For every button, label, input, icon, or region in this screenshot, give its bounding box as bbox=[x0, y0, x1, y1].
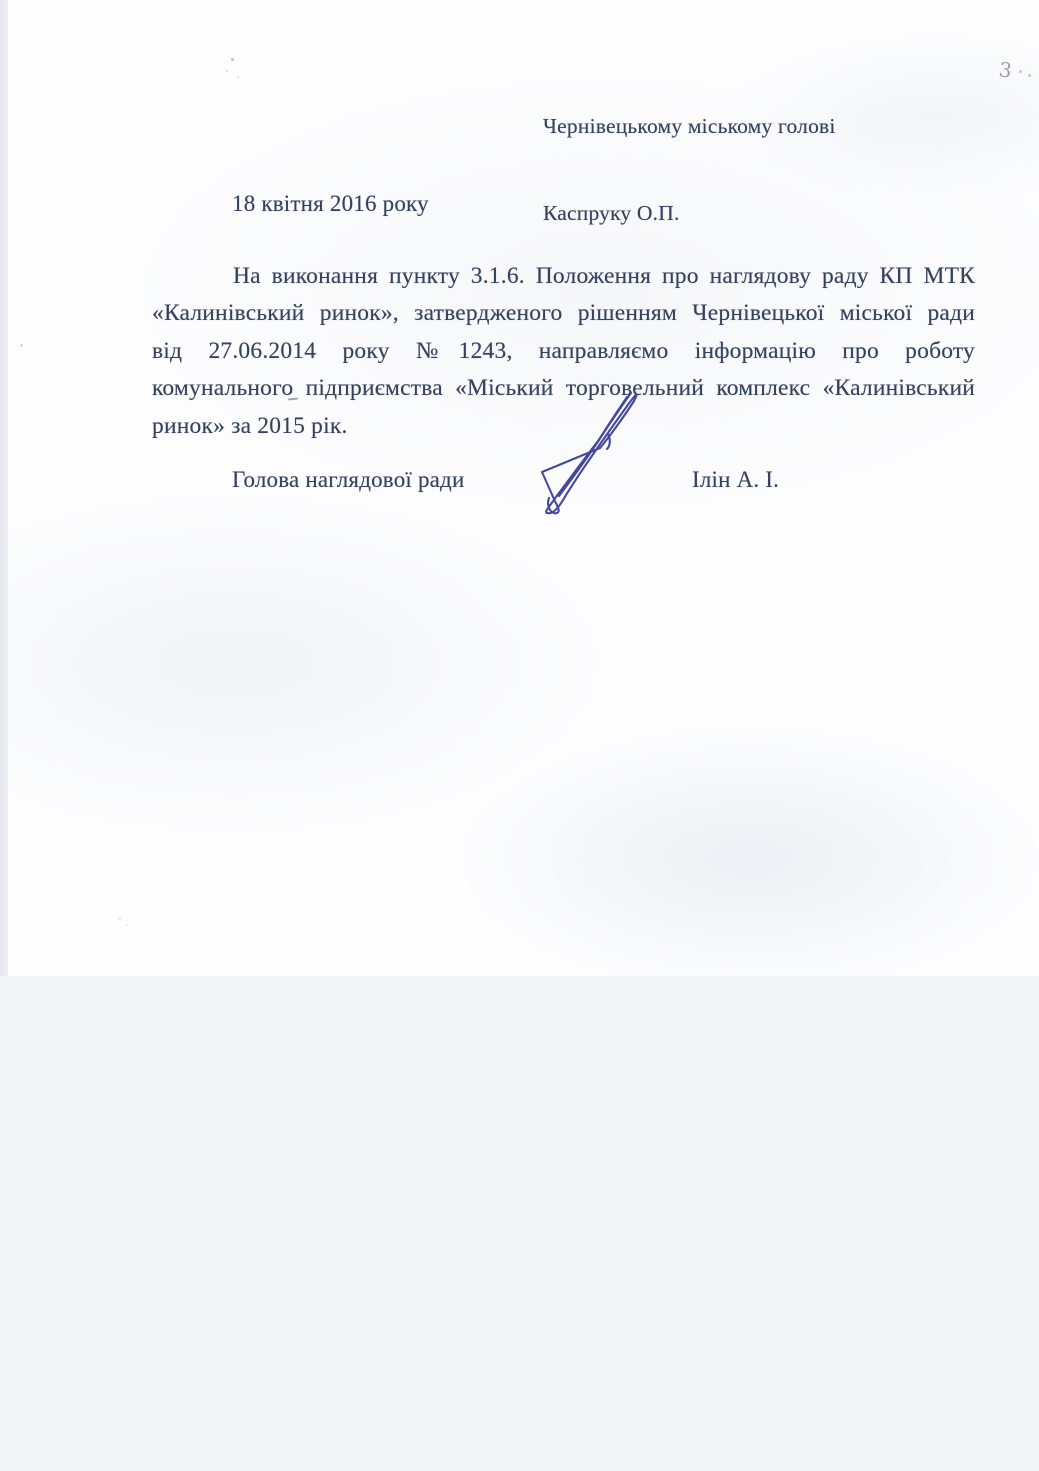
signoff-title: Голова наглядової ради bbox=[232, 467, 464, 493]
recipient-block: Чернівецькому міському голові Каспруку О… bbox=[543, 54, 836, 286]
scan-speck bbox=[226, 70, 228, 72]
scanner-background bbox=[0, 976, 1039, 1471]
date-line: 18 квітня 2016 року bbox=[232, 191, 429, 217]
scan-speck bbox=[20, 344, 23, 347]
body-line: «Калинівський ринок», затвердженого ріше… bbox=[152, 298, 975, 335]
signature-ink bbox=[530, 383, 650, 523]
signoff-name: Ілін А. І. bbox=[692, 467, 779, 493]
scan-speck bbox=[126, 924, 128, 926]
scanned-letter-page: Чернівецькому міському голові Каспруку О… bbox=[0, 0, 1039, 1471]
scan-dots bbox=[1019, 70, 1033, 78]
recipient-line-2: Каспруку О.П. bbox=[543, 199, 836, 228]
paper-sheet bbox=[8, 0, 1039, 976]
body-line: На виконання пункту 3.1.6. Положення про… bbox=[152, 261, 975, 298]
scan-speck bbox=[231, 58, 234, 61]
scan-speck bbox=[118, 917, 121, 920]
paper-left-edge bbox=[0, 0, 8, 976]
recipient-line-1: Чернівецькому міському голові bbox=[543, 112, 836, 141]
body-line: від 27.06.2014 року №1243, направляємо і… bbox=[152, 336, 975, 373]
scan-speck bbox=[237, 76, 239, 78]
